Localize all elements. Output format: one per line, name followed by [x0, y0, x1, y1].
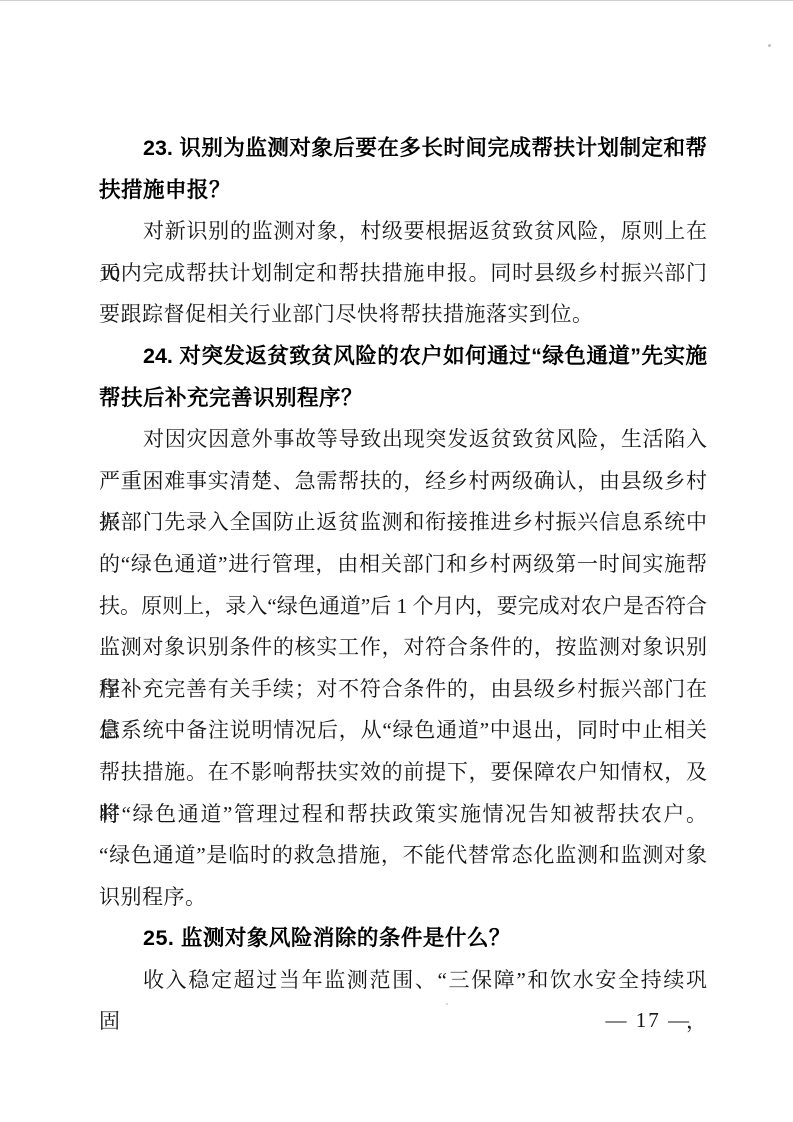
- text-block: 23. 识别为监测对象后要在多长时间完成帮扶计划制定和帮扶措施申报？对新识别的监…: [99, 128, 707, 1001]
- question-heading-line: 帮扶后补充完善识别程序？: [99, 378, 707, 420]
- body-text-line: 严重困难事实清楚、急需帮扶的，经乡村两级确认，由县级乡村振: [99, 461, 707, 503]
- body-text-line: 监测对象识别条件的核实工作，对符合条件的，按监测对象识别程: [99, 627, 707, 669]
- body-text-line: 对因灾因意外事故等导致出现突发返贫致贫风险，生活陷入: [99, 419, 707, 461]
- page-number: — 17 —: [99, 1008, 707, 1033]
- body-text-line: 对新识别的监测对象，村级要根据返贫致贫风险，原则上在 10: [99, 211, 707, 253]
- body-text-line: 序补充完善有关手续；对不符合条件的，由县级乡村振兴部门在信: [99, 669, 707, 711]
- body-text-line: 收入稳定超过当年监测范围、“三保障”和饮水安全持续巩固，: [99, 960, 707, 1002]
- question-heading-line: 23. 识别为监测对象后要在多长时间完成帮扶计划制定和帮: [99, 128, 707, 170]
- question-heading-line: 扶措施申报？: [99, 170, 707, 212]
- body-text-line: 的“绿色通道”进行管理，由相关部门和乡村两级第一时间实施帮: [99, 544, 707, 586]
- body-text-line: 帮扶措施。在不影响帮扶实效的前提下，要保障农户知情权，及时: [99, 752, 707, 794]
- body-text-line: 天内完成帮扶计划制定和帮扶措施申报。同时县级乡村振兴部门: [99, 253, 707, 295]
- body-text-line: 息系统中备注说明情况后，从“绿色通道”中退出，同时中止相关: [99, 710, 707, 752]
- body-text-line: 将“绿色通道”管理过程和帮扶政策实施情况告知被帮扶农户。: [99, 794, 707, 836]
- question-heading-line: 25. 监测对象风险消除的条件是什么？: [99, 918, 707, 960]
- body-text-line: 要跟踪督促相关行业部门尽快将帮扶措施落实到位。: [99, 294, 707, 336]
- scan-edge-artifact: [0, 0, 793, 1]
- body-text-line: 识别程序。: [99, 877, 707, 919]
- scan-noise-speck: [768, 44, 771, 47]
- body-text-line: “绿色通道”是临时的救急措施，不能代替常态化监测和监测对象: [99, 835, 707, 877]
- scanned-document-page: 23. 识别为监测对象后要在多长时间完成帮扶计划制定和帮扶措施申报？对新识别的监…: [0, 0, 793, 1122]
- body-text-line: 兴部门先录入全国防止返贫监测和衔接推进乡村振兴信息系统中: [99, 502, 707, 544]
- question-heading-line: 24. 对突发返贫致贫风险的农户如何通过“绿色通道”先实施: [99, 336, 707, 378]
- body-text-line: 扶。原则上，录入“绿色通道”后 1 个月内，要完成对农户是否符合: [99, 586, 707, 628]
